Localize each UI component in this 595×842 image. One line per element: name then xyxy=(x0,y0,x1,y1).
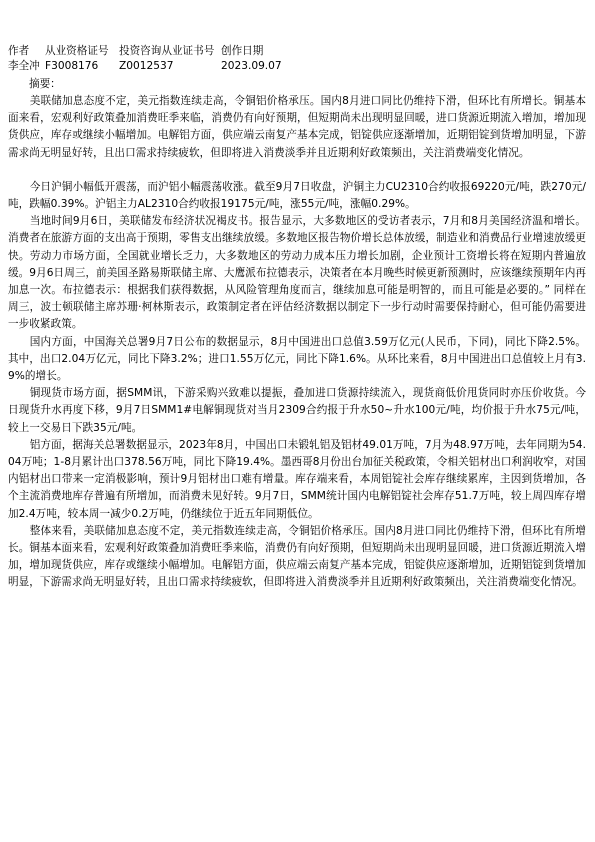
report-page: 作者 从业资格证号 投资咨询从业证书号 创作日期 李全冲 F3008176 Z0… xyxy=(8,44,586,592)
copper-spot-paragraph: 铜现货市场方面，据SMM讯，下游采购兴致难以提振，叠加进口货源持续流入，现货商低… xyxy=(8,385,586,437)
china-trade-paragraph: 国内方面，中国海关总署9月7日公布的数据显示，8月中国进出口总值3.59万亿元(… xyxy=(8,334,586,386)
section-gap xyxy=(8,162,586,179)
meta-header-advisory-cert-no: 投资咨询从业证书号 xyxy=(119,44,221,59)
meta-header-qualification-no: 从业资格证号 xyxy=(45,44,119,59)
market-summary-paragraph: 今日沪铜小幅低开震荡，而沪铝小幅震荡收涨。截至9月7日收盘，沪铜主力CU2310… xyxy=(8,179,586,213)
conclusion-paragraph: 整体来看，美联储加息态度不定，美元指数连续走高，令铜铝价格承压。国内8月进口同比… xyxy=(8,523,586,592)
meta-qualification-no: F3008176 xyxy=(45,59,119,74)
abstract-text: 美联储加息态度不定，美元指数连续走高，令铜铝价格承压。国内8月进口同比仍维持下滑… xyxy=(8,93,586,162)
aluminum-paragraph: 铝方面，据海关总署数据显示，2023年8月，中国出口未锻轧铝及铝材49.01万吨… xyxy=(8,437,586,523)
meta-date: 2023.09.07 xyxy=(221,59,301,74)
abstract-label: 摘要： xyxy=(8,76,586,93)
meta-header-author: 作者 xyxy=(8,44,45,59)
meta-author-name: 李全冲 xyxy=(8,59,45,74)
meta-advisory-cert-no: Z0012537 xyxy=(119,59,221,74)
meta-header-date: 创作日期 xyxy=(221,44,301,59)
meta-value-row: 李全冲 F3008176 Z0012537 2023.09.07 xyxy=(8,59,301,74)
fed-beige-book-paragraph: 当地时间9月6日，美联储发布经济状况褐皮书。报告显示，大多数地区的受访者表示，7… xyxy=(8,213,586,333)
meta-header-row: 作者 从业资格证号 投资咨询从业证书号 创作日期 xyxy=(8,44,301,59)
author-meta-table: 作者 从业资格证号 投资咨询从业证书号 创作日期 李全冲 F3008176 Z0… xyxy=(8,44,301,74)
